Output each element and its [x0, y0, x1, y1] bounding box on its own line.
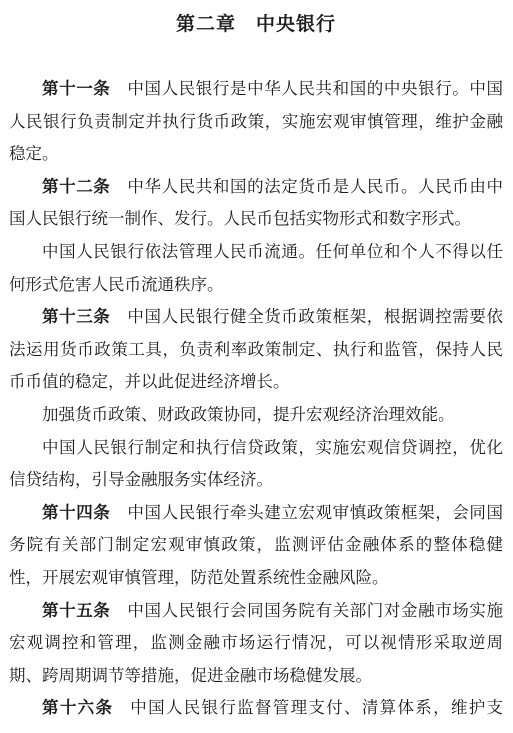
document-page: 第二章 中央银行 第十一条中国人民银行是中华人民共和国的中央银行。中国人民银行负… [0, 0, 513, 733]
paragraph: 第十四条中国人民银行牵头建立宏观审慎政策框架，会同国务院有关部门制定宏观审慎政策… [9, 497, 503, 595]
paragraph: 中国人民银行制定和执行信贷政策，实施宏观信贷调控，优化信贷结构，引导金融服务实体… [9, 432, 503, 497]
paragraph-text: 加强货币政策、财政政策协同，提升宏观经济治理效能。 [42, 405, 455, 424]
article-number-label: 第十一条 [42, 79, 110, 98]
document-body: 第十一条中国人民银行是中华人民共和国的中央银行。中国人民银行负责制定并执行货币政… [9, 73, 503, 725]
paragraph: 第十三条中国人民银行健全货币政策框架，根据调控需要依法运用货币政策工具，负责利率… [9, 301, 503, 399]
article-number-label: 第十四条 [42, 503, 110, 522]
paragraph-text: 中国人民银行制定和执行信贷政策，实施宏观信贷调控，优化信贷结构，引导金融服务实体… [9, 438, 503, 490]
paragraph-text: 中国人民银行监督管理支付、清算体系，维护支 [130, 698, 503, 717]
paragraph: 第十五条中国人民银行会同国务院有关部门对金融市场实施宏观调控和管理，监测金融市场… [9, 595, 503, 693]
article-number-label: 第十六条 [42, 698, 113, 717]
paragraph: 第十六条中国人民银行监督管理支付、清算体系，维护支 [9, 692, 503, 725]
article-number-label: 第十三条 [42, 307, 110, 326]
paragraph-text: 中国人民银行依法管理人民币流通。任何单位和个人不得以任何形式危害人民币流通秩序。 [9, 242, 503, 294]
paragraph: 加强货币政策、财政政策协同，提升宏观经济治理效能。 [9, 399, 503, 432]
paragraph: 第十一条中国人民银行是中华人民共和国的中央银行。中国人民银行负责制定并执行货币政… [9, 73, 503, 171]
chapter-title: 第二章 中央银行 [9, 11, 503, 38]
article-number-label: 第十二条 [42, 177, 110, 196]
article-number-label: 第十五条 [42, 601, 110, 620]
paragraph: 中国人民银行依法管理人民币流通。任何单位和个人不得以任何形式危害人民币流通秩序。 [9, 236, 503, 301]
paragraph: 第十二条中华人民共和国的法定货币是人民币。人民币由中国人民银行统一制作、发行。人… [9, 171, 503, 236]
